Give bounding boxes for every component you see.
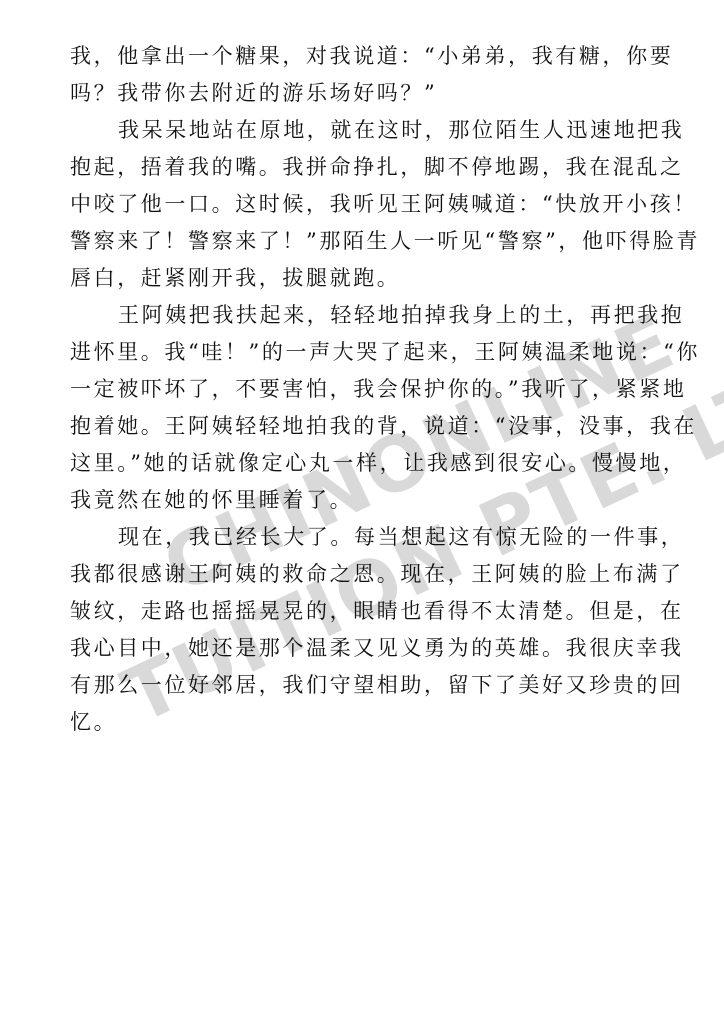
text-line: 进怀里。我“哇！”的一声大哭了起来，王阿姨温柔地说：“你 bbox=[70, 334, 660, 371]
document-page: CHINONLINE TUITION PTE. LTD. 我，他拿出一个糖果，对… bbox=[0, 0, 724, 1024]
text-line: 吗？我带你去附近的游乐场好吗？” bbox=[70, 75, 660, 112]
text-line: 忆。 bbox=[70, 704, 660, 741]
text-line: 皱纹，走路也摇摇晃晃的，眼睛也看得不太清楚。但是，在 bbox=[70, 593, 660, 630]
text-line: 唇白，赶紧刚开我，拔腿就跑。 bbox=[70, 260, 660, 297]
text-line: 这里。”她的话就像定心丸一样，让我感到很安心。慢慢地， bbox=[70, 445, 660, 482]
text-line: 抱着她。王阿姨轻轻地拍我的背，说道：“没事，没事，我在 bbox=[70, 408, 660, 445]
text-line: 一定被吓坏了，不要害怕，我会保护你的。”我听了，紧紧地 bbox=[70, 371, 660, 408]
text-line: 我竟然在她的怀里睡着了。 bbox=[70, 482, 660, 519]
text-line: 抱起，捂着我的嘴。我拼命挣扎，脚不停地踢，我在混乱之 bbox=[70, 149, 660, 186]
text-line: 我心目中，她还是那个温柔又见义勇为的英雄。我很庆幸我 bbox=[70, 630, 660, 667]
text-line: 警察来了！警察来了！”那陌生人一听见“警察”，他吓得脸青 bbox=[70, 223, 660, 260]
text-line: 中咬了他一口。这时候，我听见王阿姨喊道：“快放开小孩！ bbox=[70, 186, 660, 223]
paragraph-start-line: 现在，我已经长大了。每当想起这有惊无险的一件事， bbox=[70, 519, 660, 556]
essay-body: 我，他拿出一个糖果，对我说道：“小弟弟，我有糖，你要 吗？我带你去附近的游乐场好… bbox=[70, 38, 660, 741]
text-line: 有那么一位好邻居，我们守望相助，留下了美好又珍贵的回 bbox=[70, 667, 660, 704]
text-line: 我都很感谢王阿姨的救命之恩。现在，王阿姨的脸上布满了 bbox=[70, 556, 660, 593]
paragraph-start-line: 我呆呆地站在原地，就在这时，那位陌生人迅速地把我 bbox=[70, 112, 660, 149]
text-line: 我，他拿出一个糖果，对我说道：“小弟弟，我有糖，你要 bbox=[70, 38, 660, 75]
paragraph-start-line: 王阿姨把我扶起来，轻轻地拍掉我身上的土，再把我抱 bbox=[70, 297, 660, 334]
